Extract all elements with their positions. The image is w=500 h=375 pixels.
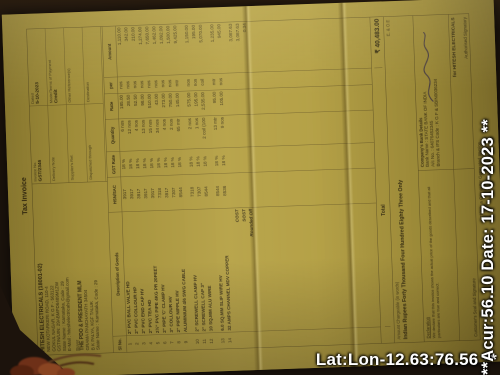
- field-label: Destination: [83, 29, 90, 102]
- field-value: GST/2346: [35, 108, 43, 181]
- field-value: 5-10-2023: [32, 31, 40, 104]
- filler-cell: [251, 110, 374, 147]
- column-rules: [248, 17, 381, 347]
- filler-cell: [253, 168, 376, 207]
- field-label: Supplier's Ref.: [68, 107, 75, 180]
- invoice-field: Dispatched through: [85, 104, 106, 182]
- column-header: per: [104, 77, 118, 94]
- column-header: Amount: [102, 26, 117, 78]
- invoice-header: HITESH ELECTRICALS (18001-02) NEW KOTARK…: [27, 27, 114, 355]
- signatory-for-label: for HITESH ELECTRICALS: [450, 17, 458, 77]
- eoe-label: E. & O.E: [385, 20, 391, 37]
- gps-latlon-overlay: Lat:Lon-12.63:76.56 **: [316, 350, 497, 370]
- items-rows: 12" PVC BALL VALVE HD391718 %6 nos185.00…: [116, 22, 260, 352]
- column-header: HSN/SAC: [108, 177, 122, 212]
- filler-cell: [248, 17, 371, 72]
- field-label: Dispatched through: [86, 106, 93, 179]
- invoice-fields-grid: Invoice No.GST/2346Dated5-10-2023Deliver…: [27, 27, 107, 184]
- filler-cell: [253, 143, 375, 173]
- invoice-border-box: HITESH ELECTRICALS (18001-02) NEW KOTARK…: [26, 13, 480, 355]
- photo-frame: Tax Invoice HITESH ELECTRICALS (18001-02…: [0, 0, 500, 375]
- invoice-document: Tax Invoice HITESH ELECTRICALS (18001-02…: [2, 0, 500, 375]
- invoice-paper: Tax Invoice HITESH ELECTRICALS (18001-02…: [2, 0, 500, 375]
- bank-details-block: Company's Bank Details Bank Name : STATE…: [413, 15, 453, 171]
- gps-accuracy-date-overlay: **Acur:56.10 Date: 17-10-2023 **: [479, 0, 498, 375]
- declaration-block: Declaration We declare that this invoice…: [418, 169, 459, 342]
- filler-cell: [255, 203, 381, 332]
- column-header: GST Rate: [107, 152, 121, 178]
- authorised-signatory-label: Authorised Signatory: [462, 17, 468, 59]
- column-header: Quantity: [106, 119, 120, 152]
- filler-cell: [251, 85, 373, 115]
- table-blank-area: ಪಂಚಾಯಿತಿ ಅಭಿವೃದ್ಧಿ ಅಧಿಕಾರಿ ಮ.ಲ.ಮೀ ಗ್ರಾಮ …: [248, 17, 381, 347]
- dried-flower: [6, 330, 116, 375]
- handwritten-note-icon: [411, 30, 444, 106]
- field-label: Other Reference(s): [65, 30, 72, 103]
- customer-seal-label: Customer's Seal and Signature: [454, 168, 480, 340]
- total-label: Total: [380, 203, 390, 327]
- total-amount: ₹ 40,483.00: [373, 17, 383, 68]
- supplier-address: NEW KOTARKERI ROAD, 110-4GOKUL NAGAR, K …: [40, 186, 72, 352]
- column-header: Rate: [105, 94, 119, 120]
- invoice-field: Destination: [82, 27, 103, 105]
- field-label: Delivery Note: [49, 108, 56, 181]
